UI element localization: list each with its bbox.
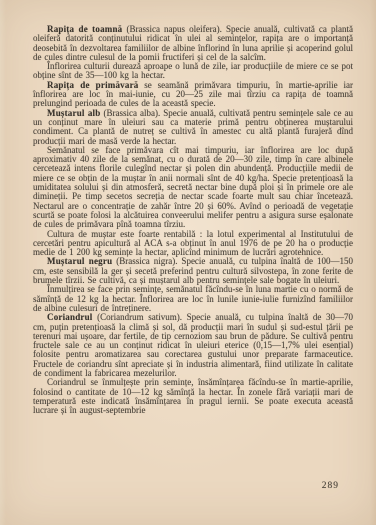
paragraph-semanatul-mustar: Semănatul se face primăvara cît mai timp…	[33, 146, 353, 230]
page-number: 289	[33, 481, 339, 491]
text-block: Rapița de toamnă (Brassica napus oleifer…	[33, 25, 353, 415]
paragraph-mustarul-negru: Muștarul negru (Brassica nigra). Specie …	[33, 257, 353, 285]
paragraph-body: Înflorirea culturii durează aproape o lu…	[33, 61, 353, 80]
paragraph-rapita-de-toamna: Rapița de toamnă (Brassica napus oleifer…	[33, 25, 353, 62]
paragraph-inmultirea-mustar-negru: Înmulțirea se face prin semințe, semănat…	[33, 285, 353, 313]
paragraph-rapita-de-primavara: Rapița de primăvară se seamănă primăvara…	[33, 81, 353, 109]
paragraph-body: (Coriandrum sativum). Specie anuală, cu …	[33, 312, 353, 378]
paragraph-mustarul-alb: Muștarul alb (Brassica alba). Specie anu…	[33, 109, 353, 146]
paragraph-body: Cultura de muștar este foarte rentabilă …	[33, 229, 353, 258]
paragraph-inflorirea-culturii: Înflorirea culturii durează aproape o lu…	[33, 62, 353, 81]
paragraph-coriandrul: Coriandrul (Coriandrum sativum). Specie …	[33, 313, 353, 378]
paragraph-cultura-de-mustar: Cultura de muștar este foarte rentabilă …	[33, 230, 353, 258]
paragraph-body: Înmulțirea se face prin semințe, semănat…	[33, 284, 353, 313]
paragraph-body: Semănatul se face primăvara cît mai timp…	[33, 145, 353, 229]
paragraph-coriandrul-inmultire: Coriandrul se înmulțește prin semințe, î…	[33, 378, 353, 415]
paragraph-body: Coriandrul se înmulțește prin semințe, î…	[33, 377, 353, 415]
book-page: Rapița de toamnă (Brassica napus oleifer…	[0, 0, 376, 525]
